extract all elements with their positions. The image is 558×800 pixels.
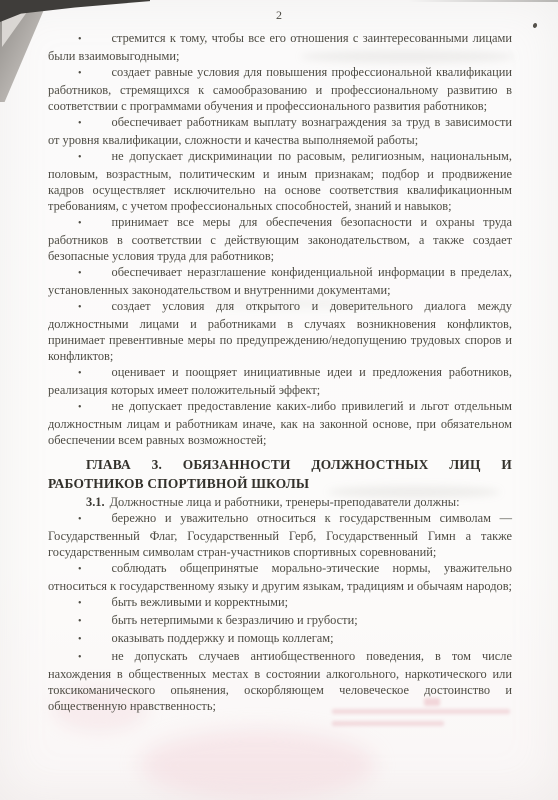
paragraph-text: создает условия для открытого и доверите… <box>48 299 512 363</box>
bullet-marker: • <box>78 616 82 627</box>
paragraph-text: оценивает и поощряет инициативные идеи и… <box>48 365 512 397</box>
bullet-marker: • <box>78 634 82 645</box>
bullet-marker: • <box>78 402 82 413</box>
ink-bleed-line <box>332 721 444 726</box>
bullet-paragraph: •не допускать случаев антиобщественного … <box>48 648 512 714</box>
paragraph-text: стремится к тому, чтобы все его отношени… <box>48 31 512 63</box>
paragraph-text: обеспечивает работникам выплату вознагра… <box>48 115 512 147</box>
bullet-paragraph: •принимает все меры для обеспечения безо… <box>48 214 512 264</box>
paragraph-text: принимает все меры для обеспечения безоп… <box>48 215 512 263</box>
paragraph-text: бережно и уважительно относиться к госуд… <box>48 511 512 559</box>
bullet-paragraph: •не допускает дискриминации по расовым, … <box>48 148 512 214</box>
bullet-paragraph: •обеспечивает работникам выплату вознагр… <box>48 114 512 148</box>
chapter-heading: ГЛАВА 3. ОБЯЗАННОСТИ ДОЛЖНОСТНЫХ ЛИЦ И Р… <box>48 455 512 493</box>
paragraph-text: не допускает дискриминации по расовым, р… <box>48 149 512 213</box>
paragraph-text: соблюдать общепринятые морально-этически… <box>48 561 512 593</box>
paragraph-text: оказывать поддержку и помощь коллегам; <box>112 631 334 645</box>
bullet-marker: • <box>78 564 82 575</box>
scanned-page: 2 •стремится к тому, чтобы все его отнош… <box>0 0 558 800</box>
bullet-marker: • <box>78 652 82 663</box>
bullet-paragraph: •оценивает и поощряет инициативные идеи … <box>48 364 512 398</box>
bullet-marker: • <box>78 152 82 163</box>
bullet-marker: • <box>78 598 82 609</box>
bullet-paragraph: •быть вежливыми и корректными; <box>48 594 512 612</box>
bullet-paragraph: •не допускает предоставление каких-либо … <box>48 398 512 448</box>
paragraph-text: быть вежливыми и корректными; <box>112 595 289 609</box>
bullet-marker: • <box>78 68 82 79</box>
bullet-paragraph: •соблюдать общепринятые морально-этическ… <box>48 560 512 594</box>
bullet-paragraph: •создает условия для открытого и доверит… <box>48 298 512 364</box>
bullet-paragraph: •бережно и уважительно относиться к госу… <box>48 510 512 560</box>
clause-number: 3.1. <box>86 495 105 509</box>
bullet-marker: • <box>78 34 82 45</box>
paragraph-text: не допускает предоставление каких-либо п… <box>48 399 512 447</box>
bullet-marker: • <box>78 118 82 129</box>
paragraph-text: ГЛАВА 3. ОБЯЗАННОСТИ ДОЛЖНОСТНЫХ ЛИЦ И Р… <box>48 457 512 491</box>
page-number: 2 <box>0 8 558 23</box>
bullet-paragraph: •создает равные условия для повышения пр… <box>48 64 512 114</box>
ink-speck <box>532 22 537 28</box>
paragraph-text: быть нетерпимыми к безразличию и грубост… <box>112 613 358 627</box>
bullet-marker: • <box>78 218 82 229</box>
document-body: •стремится к тому, чтобы все его отношен… <box>48 30 512 714</box>
bullet-marker: • <box>78 268 82 279</box>
paragraph-text: создает равные условия для повышения про… <box>48 65 512 113</box>
paragraph-text: не допускать случаев антиобщественного п… <box>48 649 512 713</box>
bullet-marker: • <box>78 514 82 525</box>
paragraph-text: обеспечивает неразглашение конфиденциаль… <box>48 265 512 297</box>
bullet-paragraph: •оказывать поддержку и помощь коллегам; <box>48 630 512 648</box>
bullet-paragraph: •стремится к тому, чтобы все его отношен… <box>48 30 512 64</box>
bullet-marker: • <box>78 368 82 379</box>
bullet-marker: • <box>78 302 82 313</box>
scan-top-edge-line <box>408 0 558 2</box>
ink-bleed-blob <box>140 730 375 800</box>
bullet-paragraph: •обеспечивает неразглашение конфиденциал… <box>48 264 512 298</box>
numbered-clause: 3.1.Должностные лица и работники, тренер… <box>48 494 512 510</box>
bullet-paragraph: •быть нетерпимыми к безразличию и грубос… <box>48 612 512 630</box>
paragraph-text: Должностные лица и работники, тренеры-пр… <box>110 495 460 509</box>
